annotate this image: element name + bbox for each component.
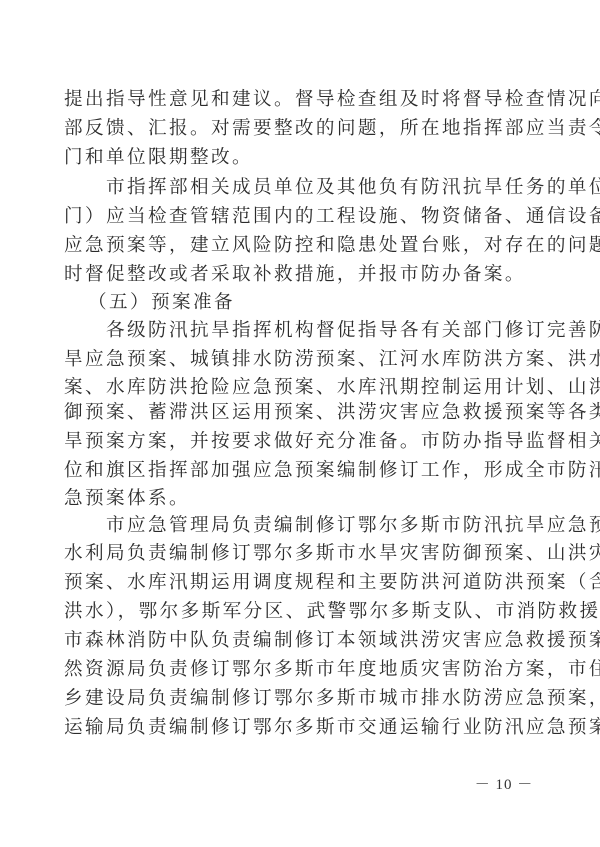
paragraph-4-line-1: 市应急管理局负责编制修订鄂尔多斯市防汛抗旱应急预案，市 bbox=[106, 515, 526, 537]
paragraph-3-line-2: 旱应急预案、城镇排水防涝预案、江河水库防洪方案、洪水调度方 bbox=[64, 349, 526, 371]
paragraph-1-line-1: 提出指导性意见和建议。督导检查组及时将督导检查情况向市指挥 bbox=[64, 89, 526, 111]
paragraph-3-line-6: 位和旗区指挥部加强应急预案编制修订工作，形成全市防汛抗旱应 bbox=[64, 460, 526, 482]
paragraph-4-line-6: 然资源局负责修订鄂尔多斯市年度地质灾害防治方案，市住房和城 bbox=[64, 659, 526, 681]
paragraph-4-line-5: 市森林消防中队负责编制修订本领域洪涝灾害应急救援预案，市自 bbox=[64, 630, 526, 652]
paragraph-2-line-3: 应急预案等，建立风险防控和隐患处置台账，对存在的问题应当及 bbox=[64, 235, 526, 257]
paragraph-3-line-3: 案、水库防洪抢险应急预案、水库汛期控制运用计划、山洪灾害防 bbox=[64, 377, 526, 399]
paragraph-1-line-2: 部反馈、汇报。对需要整改的问题，所在地指挥部应当责令相关部 bbox=[64, 118, 526, 140]
paragraph-3-line-4: 御预案、蓄滞洪区运用预案、洪涝灾害应急救援预案等各类防汛抗 bbox=[64, 402, 526, 424]
paragraph-2-line-4: 时督促整改或者采取补救措施，并报市防办备案。 bbox=[64, 264, 526, 286]
section-heading: （五）预案准备 bbox=[88, 292, 508, 314]
document-page: 提出指导性意见和建议。督导检查组及时将督导检查情况向市指挥 部反馈、汇报。对需要… bbox=[0, 0, 600, 847]
paragraph-4-line-7: 乡建设局负责编制修订鄂尔多斯市城市排水防涝应急预案，市交通 bbox=[64, 688, 526, 710]
page-number: － 10 － bbox=[468, 775, 540, 795]
paragraph-4-line-3: 预案、水库汛期运用调度规程和主要防洪河道防洪预案（含超标准 bbox=[64, 572, 526, 594]
paragraph-4-line-2: 水利局负责编制修订鄂尔多斯市水旱灾害防御预案、山洪灾害防御 bbox=[64, 543, 526, 565]
paragraph-3-line-1: 各级防汛抗旱指挥机构督促指导各有关部门修订完善防汛抗 bbox=[106, 320, 526, 342]
paragraph-4-line-8: 运输局负责编制修订鄂尔多斯市交通运输行业防汛应急预案，内蒙 bbox=[64, 717, 526, 739]
paragraph-2-line-1: 市指挥部相关成员单位及其他负有防汛抗旱任务的单位（部 bbox=[106, 177, 526, 199]
paragraph-3-line-5: 旱预案方案，并按要求做好充分准备。市防办指导监督相关成员单 bbox=[64, 431, 526, 453]
paragraph-3-line-7: 急预案体系。 bbox=[64, 488, 526, 510]
paragraph-4-line-4: 洪水），鄂尔多斯军分区、武警鄂尔多斯支队、市消防救援支队、 bbox=[64, 601, 526, 623]
paragraph-2-line-2: 门）应当检查管辖范围内的工程设施、物资储备、通信设备设施、 bbox=[64, 206, 526, 228]
paragraph-1-line-3: 门和单位限期整改。 bbox=[64, 147, 526, 169]
